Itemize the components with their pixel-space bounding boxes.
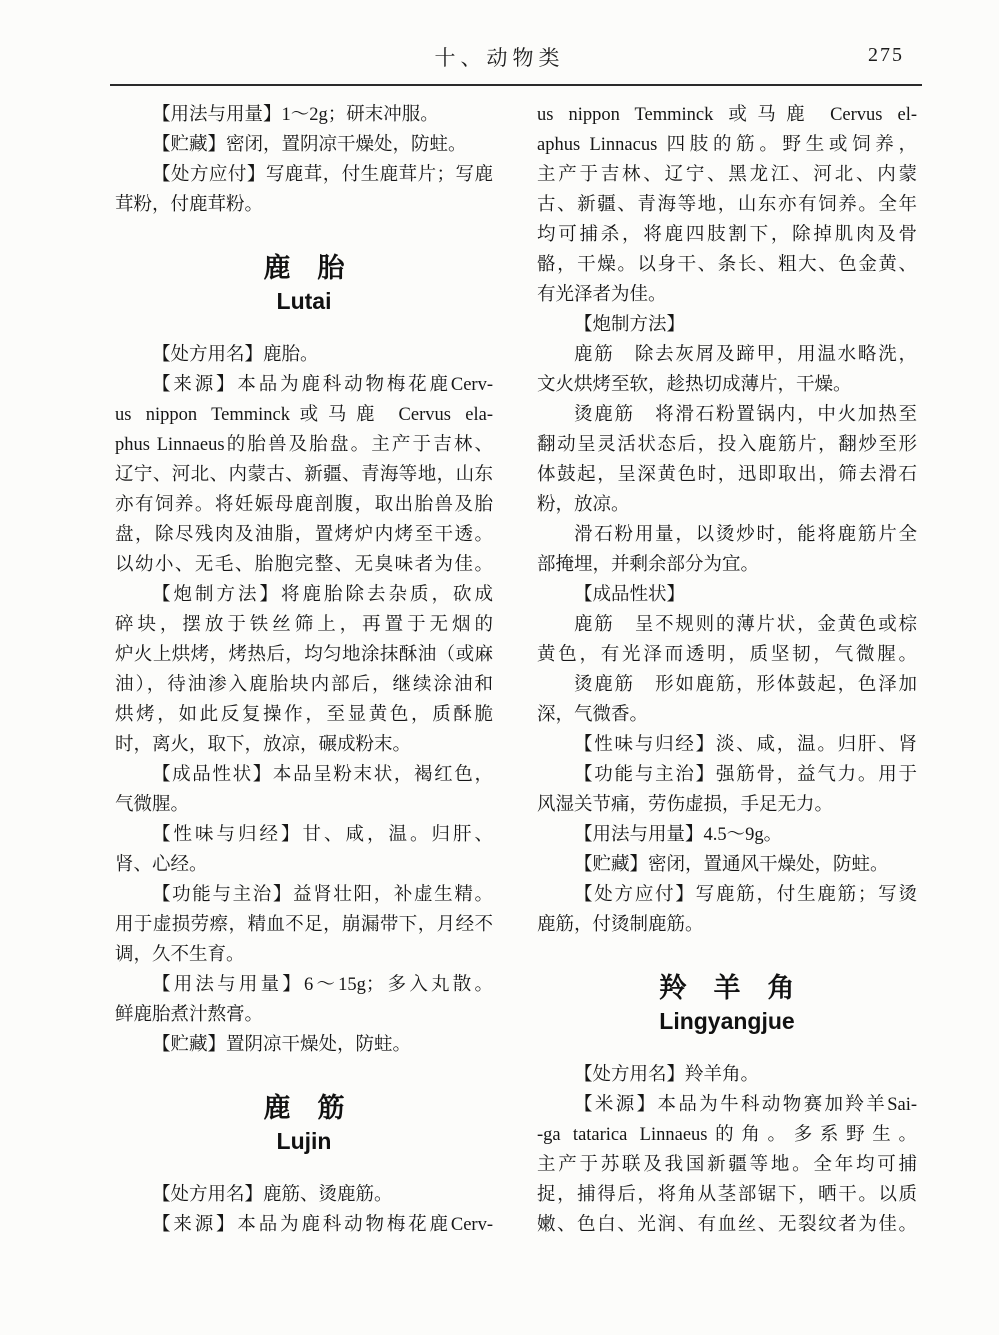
text-line: 【来源】本品为鹿科动物梅花鹿Cerv- (115, 370, 493, 400)
paragraph: 鹿筋 除去灰屑及蹄甲，用温水略洗，文火烘烤至软，趁热切成薄片，干燥。 (537, 340, 917, 400)
text-line: 鹿筋 除去灰屑及蹄甲，用温水略洗， (537, 340, 917, 370)
text-line: 粉，放凉。 (537, 490, 917, 520)
text-line: 烘烤，如此反复操作，至显黄色，质酥脆 (115, 700, 493, 730)
text-line: 【功能与主治】强筋骨，益气力。用于 (537, 760, 917, 790)
text-line: 【处方应付】写鹿筋，付生鹿筋；写烫 (537, 880, 917, 910)
paragraph: 滑石粉用量，以烫炒时，能将鹿筋片全部掩埋，并剩余部分为宜。 (537, 520, 917, 580)
text-line: 嫩、色白、光润、有血丝、无裂纹者为佳。 (537, 1210, 917, 1240)
text-line: 【处方用名】鹿筋、烫鹿筋。 (115, 1180, 493, 1210)
text-line: 鹿筋 呈不规则的薄片状，金黄色或棕 (537, 610, 917, 640)
text-line: 鹿筋，付烫制鹿筋。 (537, 910, 917, 940)
entry-title-pinyin: Lutai (115, 286, 493, 316)
text-line: 主产于吉林、辽宁、黑龙江、河北、内蒙 (537, 160, 917, 190)
entry-heading: 羚 羊 角Lingyangjue (537, 970, 917, 1036)
paragraph: 【处方应付】写鹿茸，付生鹿茸片；写鹿茸粉，付鹿茸粉。 (115, 160, 493, 220)
text-line: 【贮藏】密闭，置通风干燥处，防蛀。 (537, 850, 917, 880)
paragraph: 【来源】本品为鹿科动物梅花鹿Cerv-us nippon Temminck或马鹿… (115, 370, 493, 580)
paragraph: 【用法与用量】4.5～9g。 (537, 820, 917, 850)
text-line: 黄色，有光泽而透明，质坚韧，气微腥。 (537, 640, 917, 670)
paragraph: 【用法与用量】6～15g；多入丸散。鲜鹿胎煮汁熬膏。 (115, 970, 493, 1030)
text-line: 深，气微香。 (537, 700, 917, 730)
text-line: aphus Linnacus 四肢的筋。野生或饲养， (537, 130, 917, 160)
paragraph: 【来源】本品为鹿科动物梅花鹿Cerv- (115, 1210, 493, 1240)
text-line: 文火烘烤至软，趁热切成薄片，干燥。 (537, 370, 917, 400)
paragraph: 烫鹿筋 将滑石粉置锅内，中火加热至翻动呈灵活状态后，投入鹿筋片，翻炒至形体鼓起，… (537, 400, 917, 520)
paragraph: 【处方用名】鹿胎。 (115, 340, 493, 370)
text-line: 【功能与主治】益肾壮阳，补虚生精。 (115, 880, 493, 910)
text-line: 翻动呈灵活状态后，投入鹿筋片，翻炒至形 (537, 430, 917, 460)
text-line: 【性味与归经】淡、咸，温。归肝、肾经。 (537, 730, 917, 760)
paragraph: 【性味与归经】淡、咸，温。归肝、肾经。 (537, 730, 917, 760)
text-line: 鲜鹿胎煮汁熬膏。 (115, 1000, 493, 1030)
paragraph: 【贮藏】密闭，置通风干燥处，防蛀。 (537, 850, 917, 880)
text-line: 主产于苏联及我国新疆等地。全年均可捕 (537, 1150, 917, 1180)
text-line: 体鼓起，呈深黄色时，迅即取出，筛去滑石 (537, 460, 917, 490)
text-line: 均可捕杀，将鹿四肢割下，除掉肌肉及骨 (537, 220, 917, 250)
text-line: 【炮制方法】将鹿胎除去杂质，砍成 (115, 580, 493, 610)
paragraph: 【功能与主治】益肾壮阳，补虚生精。用于虚损劳瘵，精血不足，崩漏带下，月经不调，久… (115, 880, 493, 970)
entry-title-zh: 羚 羊 角 (537, 970, 917, 1006)
paragraph: 【性味与归经】甘、咸，温。归肝、肾、心经。 (115, 820, 493, 880)
text-line: phus Linnaeus的胎兽及胎盘。主产于吉林、 (115, 430, 493, 460)
text-line: 时，离火，取下，放凉，碾成粉末。 (115, 730, 493, 760)
entry-title-zh: 鹿 胎 (115, 250, 493, 286)
text-line: 油），待油渗入鹿胎块内部后，继续涂油和 (115, 670, 493, 700)
text-line: 【成品性状】 (537, 580, 917, 610)
paragraph: 【处方应付】写鹿筋，付生鹿筋；写烫鹿筋，付烫制鹿筋。 (537, 880, 917, 940)
text-line: 以幼小、无毛、胎胞完整、无臭味者为佳。 (115, 550, 493, 580)
paragraph: 【功能与主治】强筋骨，益气力。用于风湿关节痛，劳伤虚损，手足无力。 (537, 760, 917, 820)
text-line: 滑石粉用量，以烫炒时，能将鹿筋片全 (537, 520, 917, 550)
text-line: us nippon Temminck或马鹿 Cervus ela- (115, 400, 493, 430)
text-line: 【来源】本品为鹿科动物梅花鹿Cerv- (115, 1210, 493, 1240)
scanned-page: 十、动物类 275 【用法与用量】1～2g；研末冲服。【贮藏】密闭，置阴凉干燥处… (0, 0, 999, 1335)
text-line: 古、新疆、青海等地，山东亦有饲养。全年 (537, 190, 917, 220)
paragraph: 【处方用名】鹿筋、烫鹿筋。 (115, 1180, 493, 1210)
entry-heading: 鹿 筋Lujin (115, 1090, 493, 1156)
text-line: us nippon Temminck 或马鹿 Cervus el- (537, 100, 917, 130)
text-line: 肾、心经。 (115, 850, 493, 880)
text-line: 【用法与用量】4.5～9g。 (537, 820, 917, 850)
text-line: 用于虚损劳瘵，精血不足，崩漏带下，月经不 (115, 910, 493, 940)
text-line: 【处方用名】羚羊角。 (537, 1060, 917, 1090)
header-rule (110, 84, 922, 86)
text-line: 部掩埋，并剩余部分为宜。 (537, 550, 917, 580)
text-line: 盘，除尽残肉及油脂，置烤炉内烤至干透。 (115, 520, 493, 550)
text-line: 碎块，摆放于铁丝筛上，再置于无烟的 (115, 610, 493, 640)
page-number: 275 (868, 44, 904, 67)
text-line: 炉火上烘烤，烤热后，均匀地涂抹酥油（或麻 (115, 640, 493, 670)
text-line: 【贮藏】置阴凉干燥处，防蛀。 (115, 1030, 493, 1060)
paragraph: 【贮藏】置阴凉干燥处，防蛀。 (115, 1030, 493, 1060)
text-line: 调，久不生育。 (115, 940, 493, 970)
text-line: -ga tatarica Linnaeus的角。多系野生。 (537, 1120, 917, 1150)
text-line: 烫鹿筋 将滑石粉置锅内，中火加热至 (537, 400, 917, 430)
paragraph: us nippon Temminck 或马鹿 Cervus el-aphus L… (537, 100, 917, 310)
text-line: 茸粉，付鹿茸粉。 (115, 190, 493, 220)
right-column: us nippon Temminck 或马鹿 Cervus el-aphus L… (537, 100, 917, 1240)
text-line: 风湿关节痛，劳伤虚损，手足无力。 (537, 790, 917, 820)
text-line: 骼，干燥。以身干、条长、粗大、色金黄、 (537, 250, 917, 280)
text-line: 气微腥。 (115, 790, 493, 820)
paragraph: 【炮制方法】将鹿胎除去杂质，砍成碎块，摆放于铁丝筛上，再置于无烟的炉火上烘烤，烤… (115, 580, 493, 760)
text-line: 捉，捕得后，将角从茎部锯下，晒干。以质 (537, 1180, 917, 1210)
text-line: 【用法与用量】6～15g；多入丸散。 (115, 970, 493, 1000)
entry-title-zh: 鹿 筋 (115, 1090, 493, 1126)
page-header-title: 十、动物类 (0, 42, 999, 72)
paragraph: 【贮藏】密闭，置阴凉干燥处，防蛀。 (115, 130, 493, 160)
text-line: 【性味与归经】甘、咸，温。归肝、 (115, 820, 493, 850)
entry-title-pinyin: Lingyangjue (537, 1006, 917, 1036)
entry-title-pinyin: Lujin (115, 1126, 493, 1156)
text-line: 有光泽者为佳。 (537, 280, 917, 310)
paragraph: 【米源】本品为牛科动物赛加羚羊Sai--ga tatarica Linnaeus… (537, 1090, 917, 1240)
paragraph: 【成品性状】本品呈粉末状，褐红色，气微腥。 (115, 760, 493, 820)
text-line: 【米源】本品为牛科动物赛加羚羊Sai- (537, 1090, 917, 1120)
paragraph: 烫鹿筋 形如鹿筋，形体鼓起，色泽加深，气微香。 (537, 670, 917, 730)
text-line: 【处方用名】鹿胎。 (115, 340, 493, 370)
text-line: 【炮制方法】 (537, 310, 917, 340)
entry-heading: 鹿 胎Lutai (115, 250, 493, 316)
text-line: 辽宁、河北、内蒙古、新疆、青海等地，山东 (115, 460, 493, 490)
text-line: 亦有饲养。将妊娠母鹿剖腹，取出胎兽及胎 (115, 490, 493, 520)
paragraph: 【用法与用量】1～2g；研末冲服。 (115, 100, 493, 130)
paragraph: 【处方用名】羚羊角。 (537, 1060, 917, 1090)
text-line: 【处方应付】写鹿茸，付生鹿茸片；写鹿 (115, 160, 493, 190)
text-line: 【成品性状】本品呈粉末状，褐红色， (115, 760, 493, 790)
paragraph: 【炮制方法】 (537, 310, 917, 340)
text-line: 烫鹿筋 形如鹿筋，形体鼓起，色泽加 (537, 670, 917, 700)
paragraph: 【成品性状】 (537, 580, 917, 610)
paragraph: 鹿筋 呈不规则的薄片状，金黄色或棕黄色，有光泽而透明，质坚韧，气微腥。 (537, 610, 917, 670)
left-column: 【用法与用量】1～2g；研末冲服。【贮藏】密闭，置阴凉干燥处，防蛀。【处方应付】… (115, 100, 493, 1240)
text-line: 【用法与用量】1～2g；研末冲服。 (115, 100, 493, 130)
text-line: 【贮藏】密闭，置阴凉干燥处，防蛀。 (115, 130, 493, 160)
